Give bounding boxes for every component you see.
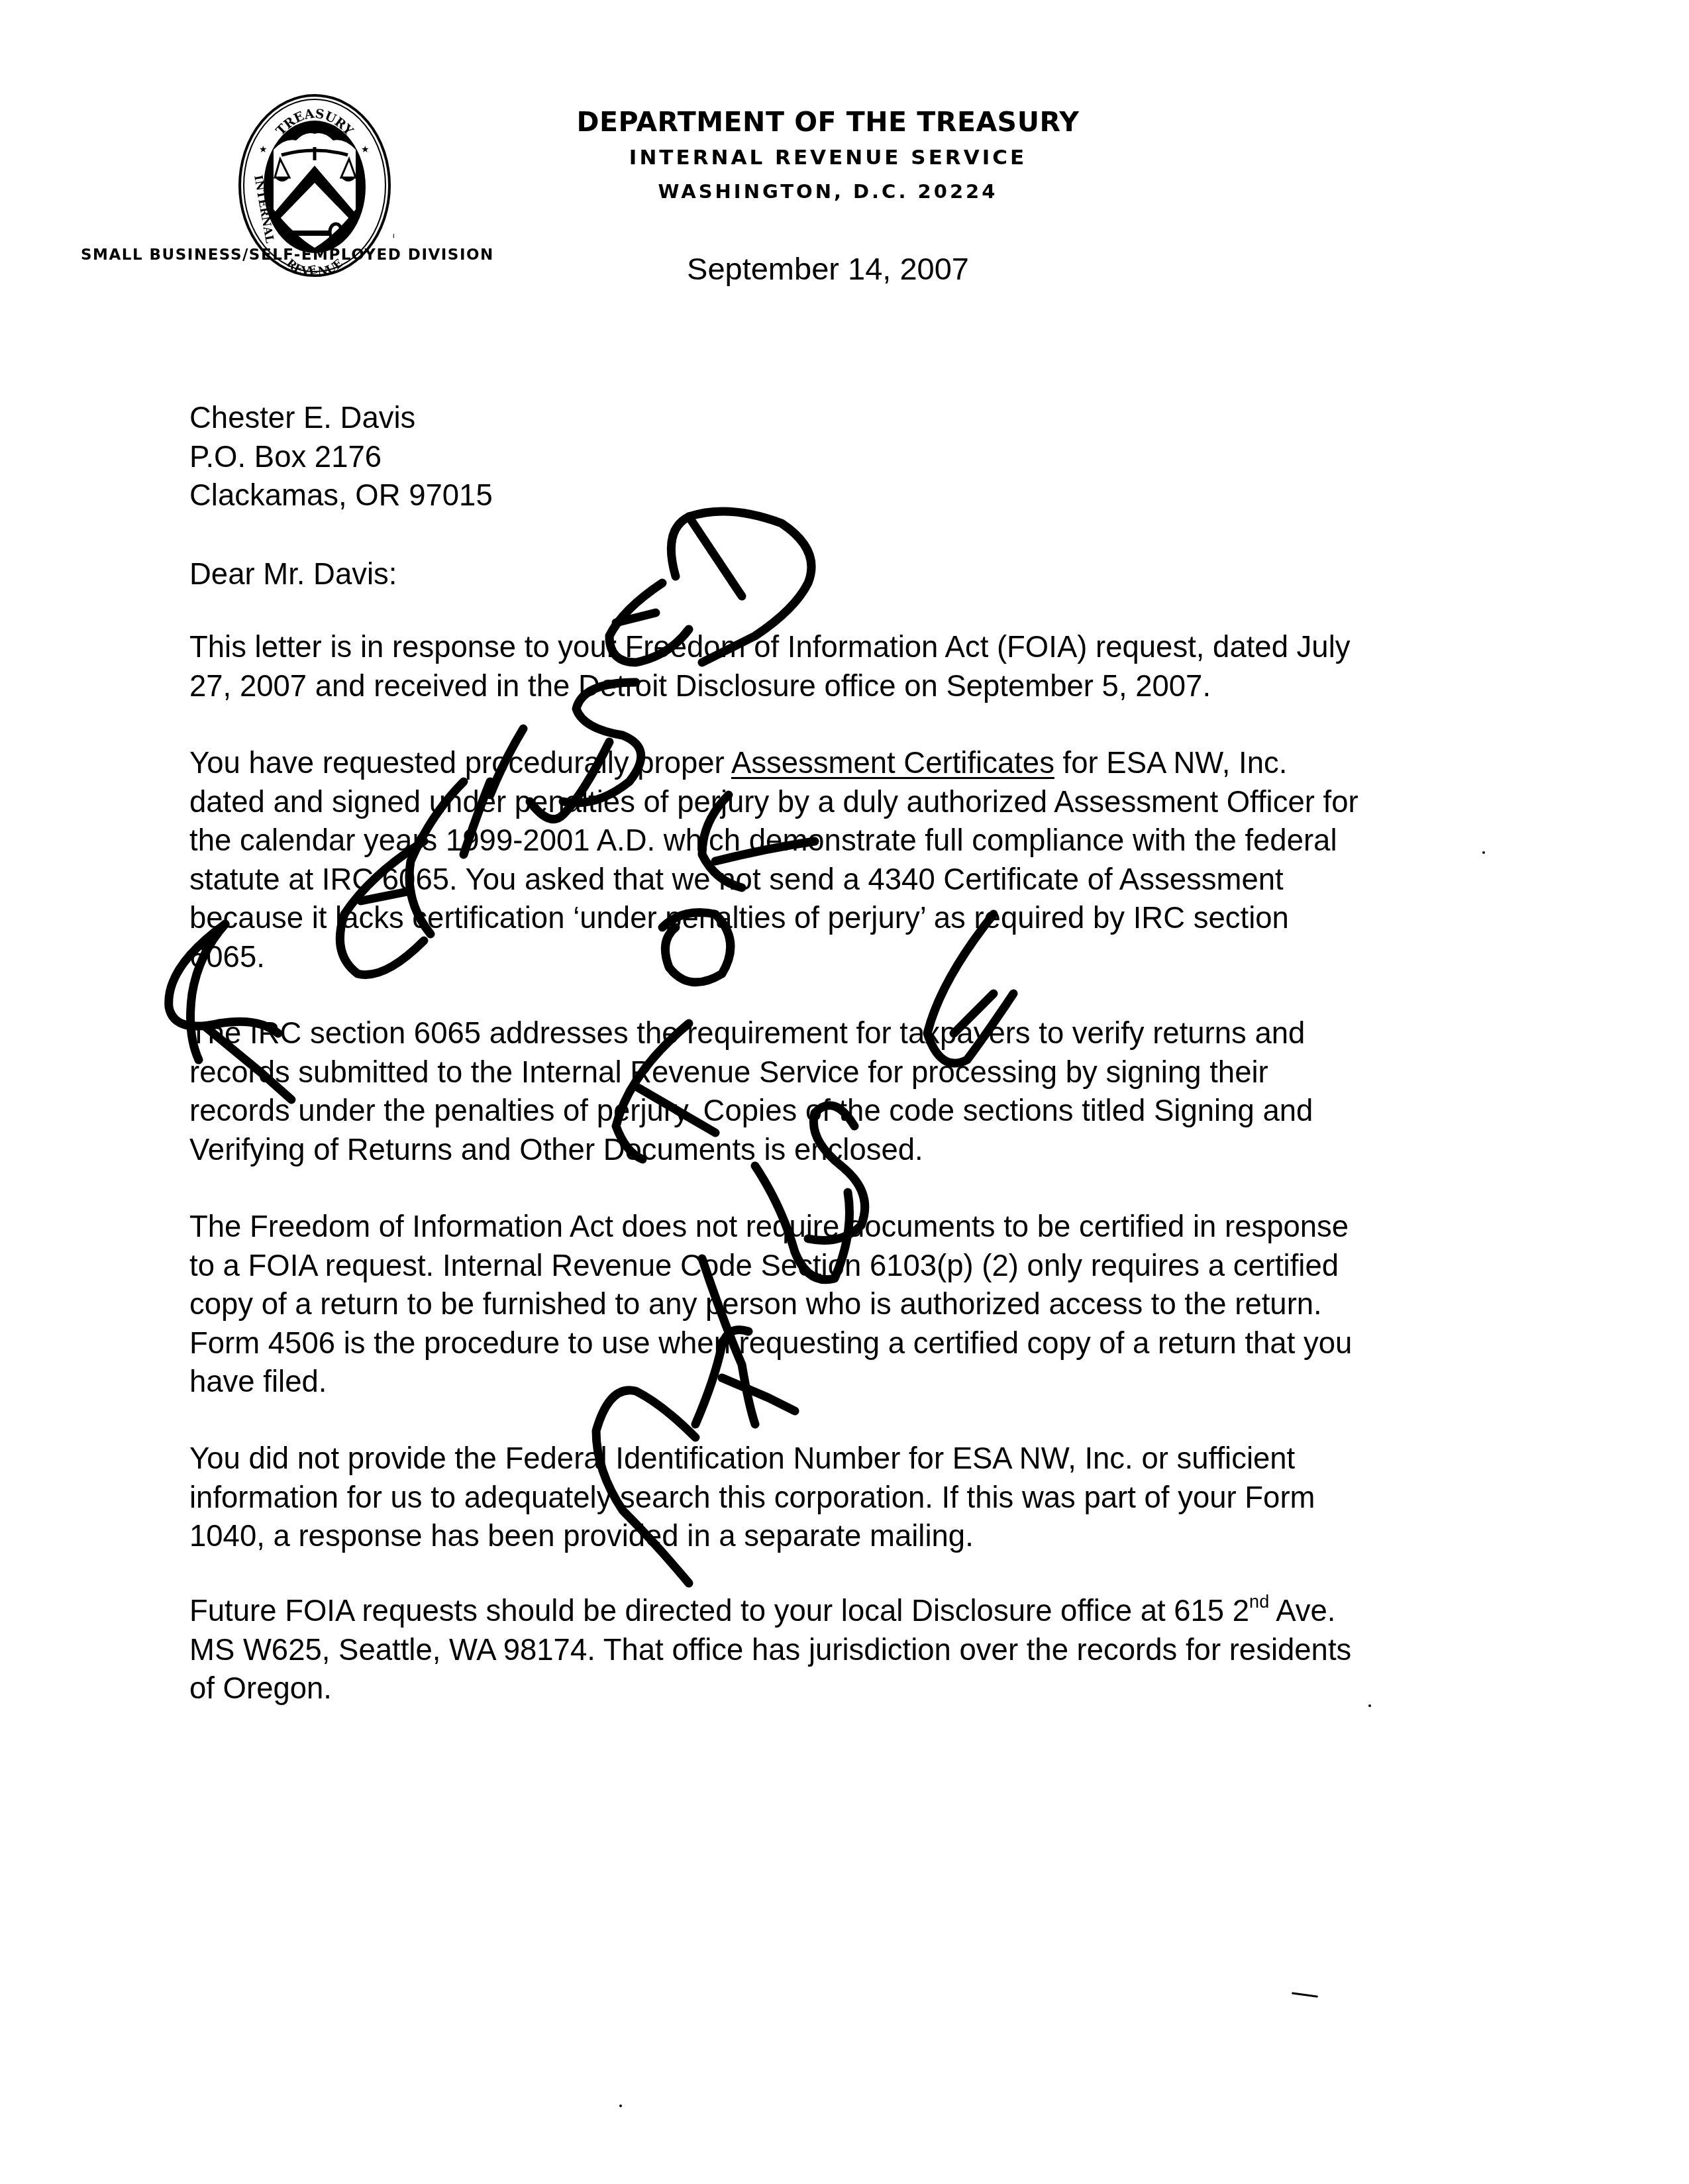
paragraph-line: the calendar years 1999-2001 A.D. which … bbox=[189, 821, 1358, 860]
paragraph-line: of Oregon. bbox=[189, 1669, 1351, 1708]
svg-text:★: ★ bbox=[259, 145, 268, 155]
paragraph-5: You did not provide the Federal Identifi… bbox=[189, 1439, 1315, 1556]
recipient-name: Chester E. Davis bbox=[189, 399, 493, 438]
paragraph-line: 6065. bbox=[189, 938, 1358, 977]
paragraph-line: 1040, a response has been provided in a … bbox=[189, 1517, 1315, 1556]
recipient-address: Chester E. Davis P.O. Box 2176 Clackamas… bbox=[189, 399, 493, 515]
paragraph-line: statute at IRC 6065. You asked that we n… bbox=[189, 860, 1358, 900]
paragraph-line: records under the penalties of perjury. … bbox=[189, 1092, 1313, 1131]
paragraph-6: Future FOIA requests should be directed … bbox=[189, 1592, 1351, 1708]
paragraph-line: MS W625, Seattle, WA 98174. That office … bbox=[189, 1631, 1351, 1670]
paragraph-line: information for us to adequately search … bbox=[189, 1479, 1315, 1518]
paragraph-line: copy of a return to be furnished to any … bbox=[189, 1285, 1352, 1324]
paragraph-line: Form 4506 is the procedure to use when r… bbox=[189, 1324, 1352, 1363]
paragraph-line: have filed. bbox=[189, 1363, 1352, 1402]
scan-artifact bbox=[619, 2105, 622, 2107]
agency-address: WASHINGTON, D.C. 20224 bbox=[543, 180, 1113, 203]
paragraph-line: records submitted to the Internal Revenu… bbox=[189, 1053, 1313, 1092]
letter-date: September 14, 2007 bbox=[636, 250, 1020, 287]
paragraph-line: The Freedom of Information Act does not … bbox=[189, 1208, 1352, 1247]
division-name: SMALL BUSINESS/SELF-EMPLOYED DIVISION bbox=[81, 246, 494, 264]
svg-text:★: ★ bbox=[361, 145, 370, 155]
paragraph-line: 27, 2007 and received in the Detroit Dis… bbox=[189, 667, 1351, 706]
agency-heading: INTERNAL REVENUE SERVICE bbox=[543, 146, 1113, 170]
recipient-street: P.O. Box 2176 bbox=[189, 438, 493, 477]
paragraph-3: The IRC section 6065 addresses the requi… bbox=[189, 1014, 1313, 1169]
paragraph-line: dated and signed under penalties of perj… bbox=[189, 783, 1358, 822]
paragraph-line: to a FOIA request. Internal Revenue Code… bbox=[189, 1247, 1352, 1286]
paragraph-line: You did not provide the Federal Identifi… bbox=[189, 1439, 1315, 1479]
scan-artifact bbox=[1482, 851, 1485, 854]
paragraph-line: You have requested procedurally proper A… bbox=[189, 744, 1358, 783]
paragraph-4: The Freedom of Information Act does not … bbox=[189, 1208, 1352, 1402]
paragraph-line: because it lacks certification ‘under pe… bbox=[189, 899, 1358, 938]
salutation: Dear Mr. Davis: bbox=[189, 555, 397, 594]
paragraph-line: Future FOIA requests should be directed … bbox=[189, 1592, 1351, 1631]
paragraph-line: The IRC section 6065 addresses the requi… bbox=[189, 1014, 1313, 1053]
paragraph-line: This letter is in response to your Freed… bbox=[189, 628, 1351, 667]
recipient-city: Clackamas, OR 97015 bbox=[189, 476, 493, 515]
letter-page: TREASURY REVENUE INTERNAL SERVICE ★ ★ SM… bbox=[0, 0, 1689, 2184]
scan-artifact bbox=[1292, 1992, 1318, 1998]
scan-artifact bbox=[1368, 1704, 1371, 1707]
svg-text:SERVICE: SERVICE bbox=[391, 183, 394, 242]
paragraph-line: Verifying of Returns and Other Documents… bbox=[189, 1131, 1313, 1170]
paragraph-1: This letter is in response to your Freed… bbox=[189, 628, 1351, 705]
underlined-term: Assessment Certificates bbox=[731, 746, 1054, 780]
paragraph-2: You have requested procedurally proper A… bbox=[189, 744, 1358, 977]
department-heading: DEPARTMENT OF THE TREASURY bbox=[543, 106, 1113, 138]
